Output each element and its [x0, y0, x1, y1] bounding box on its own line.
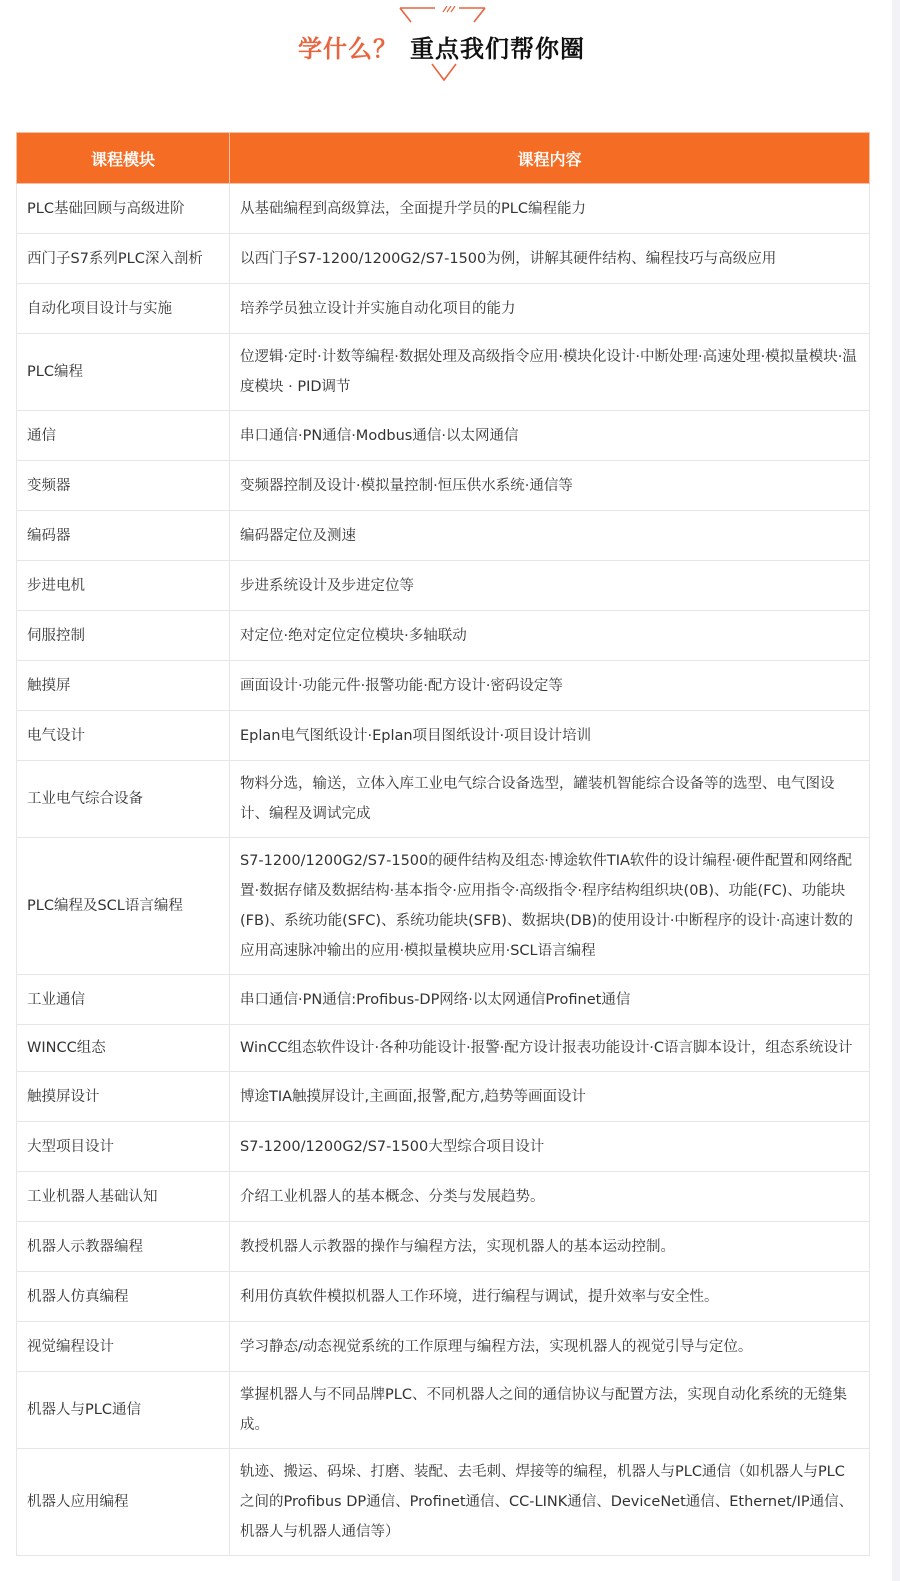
table-row: 工业电气综合设备 物料分选，输送，立体入库工业电气综合设备选型，罐装机智能综合设… [17, 761, 870, 838]
table-row: 工业通信 串口通信·PN通信:Profibus-DP网络·以太网通信Profin… [17, 975, 870, 1025]
table-row: 机器人仿真编程 利用仿真软件模拟机器人工作环境，进行编程与调试，提升效率与安全性… [17, 1272, 870, 1322]
content-cell: 掌握机器人与不同品牌PLC、不同机器人之间的通信协议与配置方法，实现自动化系统的… [230, 1372, 870, 1449]
table-row: PLC编程 位逻辑·定时·计数等编程·数据处理及高级指令应用·模块化设计·中断处… [17, 334, 870, 411]
table-row: 伺服控制 对定位·绝对定位定位模块·多轴联动 [17, 611, 870, 661]
content-cell: 串口通信·PN通信:Profibus-DP网络·以太网通信Profinet通信 [230, 975, 870, 1025]
content-cell: 以西门子S7-1200/1200G2/S7-1500为例，讲解其硬件结构、编程技… [230, 234, 870, 284]
module-cell: 机器人仿真编程 [17, 1272, 230, 1322]
content-cell: 画面设计·功能元件·报警功能·配方设计·密码设定等 [230, 661, 870, 711]
content-cell: 利用仿真软件模拟机器人工作环境，进行编程与调试，提升效率与安全性。 [230, 1272, 870, 1322]
table-row: 变频器 变频器控制及设计·模拟量控制·恒压供水系统·通信等 [17, 461, 870, 511]
content-cell: Eplan电气图纸设计·Eplan项目图纸设计·项目设计培训 [230, 711, 870, 761]
table-row: 步进电机 步进系统设计及步进定位等 [17, 561, 870, 611]
table-row: WINCC组态 WinCC组态软件设计·各种功能设计·报警·配方设计报表功能设计… [17, 1025, 870, 1072]
table-row: 大型项目设计 S7-1200/1200G2/S7-1500大型综合项目设计 [17, 1122, 870, 1172]
table-row: 编码器 编码器定位及测速 [17, 511, 870, 561]
module-cell: PLC基础回顾与高级进阶 [17, 184, 230, 234]
module-cell: 机器人与PLC通信 [17, 1372, 230, 1449]
content-cell: WinCC组态软件设计·各种功能设计·报警·配方设计报表功能设计·C语言脚本设计… [230, 1025, 870, 1072]
module-cell: 西门子S7系列PLC深入剖析 [17, 234, 230, 284]
module-cell: 伺服控制 [17, 611, 230, 661]
content-cell: 轨迹、搬运、码垛、打磨、装配、去毛刺、焊接等的编程，机器人与PLC通信（如机器人… [230, 1449, 870, 1556]
module-cell: 自动化项目设计与实施 [17, 284, 230, 334]
content-cell: 串口通信·PN通信·Modbus通信·以太网通信 [230, 411, 870, 461]
table-row: 视觉编程设计 学习静态/动态视觉系统的工作原理与编程方法，实现机器人的视觉引导与… [17, 1322, 870, 1372]
table-header-row: 课程模块 课程内容 [17, 133, 870, 184]
module-cell: 工业通信 [17, 975, 230, 1025]
table-row: PLC基础回顾与高级进阶 从基础编程到高级算法，全面提升学员的PLC编程能力 [17, 184, 870, 234]
content-cell: 学习静态/动态视觉系统的工作原理与编程方法，实现机器人的视觉引导与定位。 [230, 1322, 870, 1372]
table-row: PLC编程及SCL语言编程 S7-1200/1200G2/S7-1500的硬件结… [17, 838, 870, 975]
module-cell: PLC编程 [17, 334, 230, 411]
content-cell: 博途TIA触摸屏设计,主画面,报警,配方,趋势等画面设计 [230, 1072, 870, 1122]
content-cell: 物料分选，输送，立体入库工业电气综合设备选型，罐装机智能综合设备等的选型、电气图… [230, 761, 870, 838]
table-row: 触摸屏 画面设计·功能元件·报警功能·配方设计·密码设定等 [17, 661, 870, 711]
content-cell: 位逻辑·定时·计数等编程·数据处理及高级指令应用·模块化设计·中断处理·高速处理… [230, 334, 870, 411]
table-row: 通信 串口通信·PN通信·Modbus通信·以太网通信 [17, 411, 870, 461]
chevron-down-decoration-icon [430, 62, 458, 82]
content-cell: 编码器定位及测速 [230, 511, 870, 561]
table-row: 机器人应用编程 轨迹、搬运、码垛、打磨、装配、去毛刺、焊接等的编程，机器人与PL… [17, 1449, 870, 1556]
content-cell: 对定位·绝对定位定位模块·多轴联动 [230, 611, 870, 661]
table-row: 触摸屏设计 博途TIA触摸屏设计,主画面,报警,配方,趋势等画面设计 [17, 1072, 870, 1122]
content-cell: S7-1200/1200G2/S7-1500大型综合项目设计 [230, 1122, 870, 1172]
module-cell: 机器人示教器编程 [17, 1222, 230, 1272]
module-cell: 工业机器人基础认知 [17, 1172, 230, 1222]
table-row: 自动化项目设计与实施 培养学员独立设计并实施自动化项目的能力 [17, 284, 870, 334]
heading-title: 重点我们帮你圈 [410, 29, 585, 64]
module-cell: 电气设计 [17, 711, 230, 761]
module-cell: 触摸屏设计 [17, 1072, 230, 1122]
table-row: 机器人与PLC通信 掌握机器人与不同品牌PLC、不同机器人之间的通信协议与配置方… [17, 1372, 870, 1449]
section-heading: 学什么？ 重点我们帮你圈 [0, 0, 888, 100]
module-cell: 机器人应用编程 [17, 1449, 230, 1556]
column-header-content: 课程内容 [230, 133, 870, 184]
heading-accent: 学什么？ [298, 29, 398, 64]
module-cell: 步进电机 [17, 561, 230, 611]
module-cell: 触摸屏 [17, 661, 230, 711]
page: 学什么？ 重点我们帮你圈 课程模块 课程内容 PLC基础回顾与高级进阶 从基础编… [0, 0, 900, 1581]
module-cell: 通信 [17, 411, 230, 461]
content-cell: 从基础编程到高级算法，全面提升学员的PLC编程能力 [230, 184, 870, 234]
table-row: 机器人示教器编程 教授机器人示教器的操作与编程方法，实现机器人的基本运动控制。 [17, 1222, 870, 1272]
module-cell: 大型项目设计 [17, 1122, 230, 1172]
content-cell: 步进系统设计及步进定位等 [230, 561, 870, 611]
content-cell: S7-1200/1200G2/S7-1500的硬件结构及组态·博途软件TIA软件… [230, 838, 870, 975]
content-cell: 变频器控制及设计·模拟量控制·恒压供水系统·通信等 [230, 461, 870, 511]
module-cell: PLC编程及SCL语言编程 [17, 838, 230, 975]
content-cell: 介绍工业机器人的基本概念、分类与发展趋势。 [230, 1172, 870, 1222]
module-cell: 工业电气综合设备 [17, 761, 230, 838]
scrollbar[interactable] [892, 0, 900, 1581]
module-cell: WINCC组态 [17, 1025, 230, 1072]
content-cell: 教授机器人示教器的操作与编程方法，实现机器人的基本运动控制。 [230, 1222, 870, 1272]
table-row: 电气设计 Eplan电气图纸设计·Eplan项目图纸设计·项目设计培训 [17, 711, 870, 761]
table-row: 西门子S7系列PLC深入剖析 以西门子S7-1200/1200G2/S7-150… [17, 234, 870, 284]
course-table: 课程模块 课程内容 PLC基础回顾与高级进阶 从基础编程到高级算法，全面提升学员… [16, 132, 870, 1556]
table-row: 工业机器人基础认知 介绍工业机器人的基本概念、分类与发展趋势。 [17, 1172, 870, 1222]
triangle-decoration-icon [399, 6, 487, 24]
module-cell: 编码器 [17, 511, 230, 561]
content-cell: 培养学员独立设计并实施自动化项目的能力 [230, 284, 870, 334]
module-cell: 变频器 [17, 461, 230, 511]
column-header-module: 课程模块 [17, 133, 230, 184]
module-cell: 视觉编程设计 [17, 1322, 230, 1372]
